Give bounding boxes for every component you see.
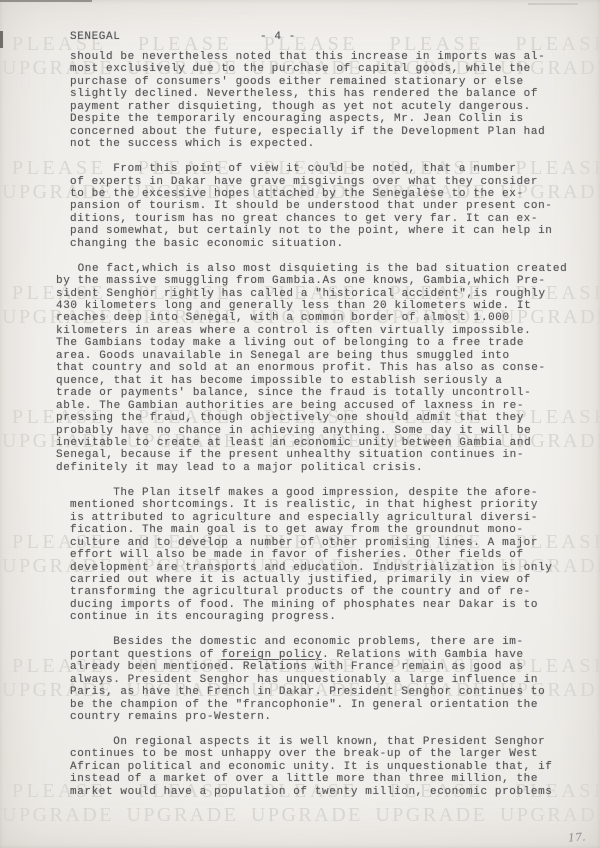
document-body: should be nevertheless noted that this i… xyxy=(70,51,574,798)
underlined-phrase: foreign policy xyxy=(221,649,322,661)
body-paragraph: On regional aspects it is well known, th… xyxy=(70,736,574,798)
body-paragraph: From this point of view it could be note… xyxy=(70,163,574,250)
scan-edge-artifact xyxy=(0,31,3,48)
scan-edge-artifact xyxy=(0,0,92,2)
scan-edge-artifact xyxy=(528,3,578,5)
body-paragraph: The Plan itself makes a good impression,… xyxy=(70,487,574,624)
page-number: - 4 - xyxy=(260,31,296,43)
body-paragraph: Besides the domestic and economic proble… xyxy=(70,636,574,723)
handwritten-page-number: 17. xyxy=(568,830,586,844)
watermark-upgrade-row: UPGRADE UPGRADE UPGRADE UPGRADE UPGRADE xyxy=(2,804,600,826)
body-paragraph: One fact,which is also most disquieting … xyxy=(56,263,574,475)
body-paragraph: should be nevertheless noted that this i… xyxy=(70,51,574,151)
document-page: PLEASE PLEASE PLEASE PLEASE PLEASE UPGRA… xyxy=(0,0,600,848)
page-title: SENEGAL xyxy=(70,31,120,43)
scanned-document-screenshot: { "header": { "title": "SENEGAL", "page_… xyxy=(0,0,600,848)
